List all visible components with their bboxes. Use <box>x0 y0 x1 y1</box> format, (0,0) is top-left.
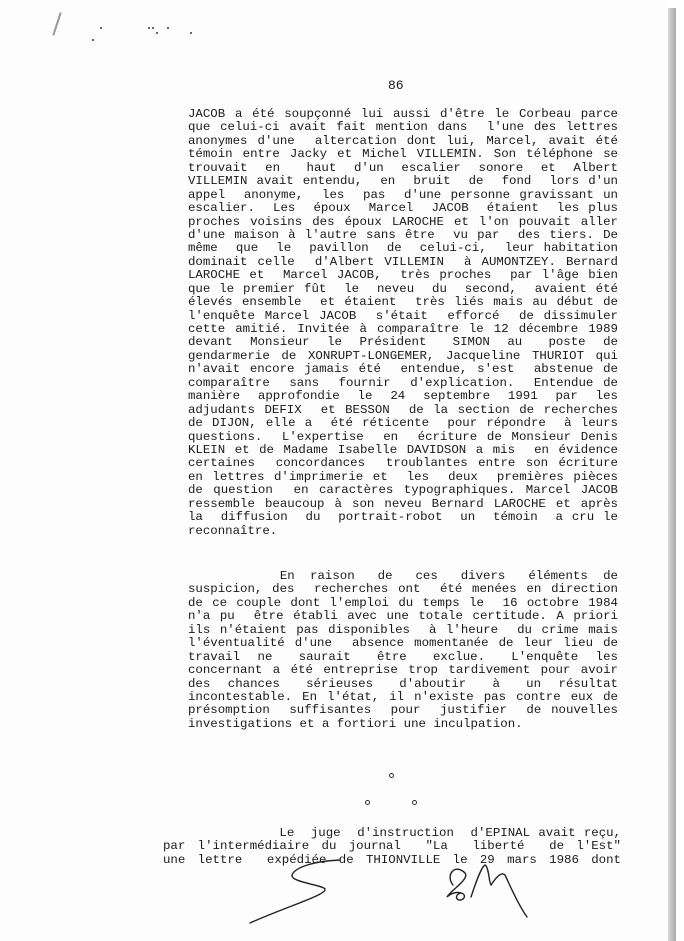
text-line: certaines concordances troublantes entre… <box>188 457 618 470</box>
text-line: investigations et a fortiori une inculpa… <box>188 718 618 731</box>
separator-ornament-top <box>389 773 394 778</box>
text-line: incontestable. En l'état, il n'existe pa… <box>188 691 618 704</box>
text-line: que celui-ci avait fait mention dans l'u… <box>188 121 618 134</box>
text-line: d'une maison à l'autre sans être vu par … <box>188 229 618 242</box>
scan-artifact-dot <box>152 27 154 29</box>
text-line: n'avait encore jamais été entendue, s'es… <box>188 363 618 376</box>
signature-initials-right <box>435 855 545 935</box>
text-line: ils n'étaient pas disponibles à l'heure … <box>188 624 618 637</box>
paragraph-suspicion-conclusion: En raison de ces divers éléments de susp… <box>188 570 618 731</box>
text-line: questions. L'expertise en écriture de Mo… <box>188 431 618 444</box>
text-line: cette amitié. Invitée à comparaître le 1… <box>188 323 618 336</box>
scan-artifact-dot <box>156 32 158 34</box>
text-line: KLEIN et de Madame Isabelle DAVIDSON a m… <box>188 444 618 457</box>
scan-artifact-dot <box>148 27 150 29</box>
scan-border <box>676 0 684 941</box>
signature-initials-left <box>245 855 355 935</box>
text-line: de DIJON, elle a été réticente pour répo… <box>188 417 618 430</box>
text-line: élevés ensemble et étaient très liés mai… <box>188 296 618 309</box>
text-line: de question en caractères typographiques… <box>188 484 618 497</box>
text-line: l'enquête Marcel JACOB s'était efforcé d… <box>188 310 618 323</box>
text-line: appel anonyme, les pas d'une personne gr… <box>188 189 618 202</box>
text-line: n'a pu être établi avec une totale certi… <box>188 610 618 623</box>
text-line: témoin entre Jacky et Michel VILLEMIN. S… <box>188 148 618 161</box>
scan-page-edge-shadow <box>668 8 676 941</box>
text-line: même que le pavillon de celui-ci, leur h… <box>188 242 618 255</box>
text-line: présomption suffisantes pour justifier d… <box>188 704 618 717</box>
text-line: des chances sérieuses d'aboutir à un rés… <box>188 678 618 691</box>
text-line: devant Monsieur le Président SIMON au po… <box>188 336 618 349</box>
scan-artifact-dot <box>190 32 192 34</box>
text-line: concernant a été entreprise trop tardive… <box>188 664 618 677</box>
scan-artifact-dot <box>92 39 94 41</box>
text-line: VILLEMIN avait entendu, en bruit de fond… <box>188 175 618 188</box>
scanned-page: 86 JACOB a été soupçonné lui aussi d'êtr… <box>0 0 668 941</box>
text-line: Le juge d'instruction d'EPINAL avait reç… <box>163 827 621 840</box>
text-line: dominait celle d'Albert VILLEMIN à AUMON… <box>188 256 618 269</box>
text-line: par l'intermédiaire du journal "La liber… <box>163 840 621 853</box>
separator-ornament-right <box>412 800 417 805</box>
text-line: comparaître sans fournir d'explication. … <box>188 377 618 390</box>
separator-ornament-left <box>365 800 370 805</box>
text-line: anonymes d'une altercation dont lui, Mar… <box>188 135 618 148</box>
text-line: escalier. Les époux Marcel JACOB étaient… <box>188 202 618 215</box>
scan-artifact-mark <box>52 12 61 35</box>
paragraph-jacob-suspicion: JACOB a été soupçonné lui aussi d'être l… <box>188 108 618 538</box>
text-line: gendarmerie de XONRUPT-LONGEMER, Jacquel… <box>188 350 618 363</box>
text-line: LAROCHE et Marcel JACOB, très proches pa… <box>188 269 618 282</box>
text-line: adjudants DEFIX et BESSON de la section … <box>188 404 618 417</box>
text-line: en lettres d'imprimerie et les deux prem… <box>188 471 618 484</box>
text-line: manière approfondie le 24 septembre 1991… <box>188 390 618 403</box>
scan-artifact-dot <box>167 27 169 29</box>
text-line: que le premier fût le neveu du second, a… <box>188 283 618 296</box>
text-line: de ce couple dont l'emploi du temps le 1… <box>188 597 618 610</box>
text-line: proches voisins des époux LAROCHE et l'o… <box>188 216 618 229</box>
text-line: travail ne saurait être exclue. L'enquêt… <box>188 651 618 664</box>
text-line: l'éventualité d'une absence momentanée d… <box>188 637 618 650</box>
paragraph-epinal-letter: Le juge d'instruction d'EPINAL avait reç… <box>163 827 621 867</box>
text-line: suspicion, des recherches ont été menées… <box>188 583 618 596</box>
page-number: 86 <box>388 78 404 93</box>
text-line: trouvait en haut d'un escalier sonore et… <box>188 162 618 175</box>
text-line: la diffusion du portrait-robot un témoin… <box>188 511 618 524</box>
text-line: En raison de ces divers éléments de <box>188 570 618 583</box>
scan-artifact-dot <box>100 27 102 29</box>
text-line: JACOB a été soupçonné lui aussi d'être l… <box>188 108 618 121</box>
text-line: ressemble beaucoup à son neveu Bernard L… <box>188 498 618 511</box>
text-line: reconnaître. <box>188 525 618 538</box>
text-line: une lettre expédiée de THIONVILLE le 29 … <box>163 854 621 867</box>
